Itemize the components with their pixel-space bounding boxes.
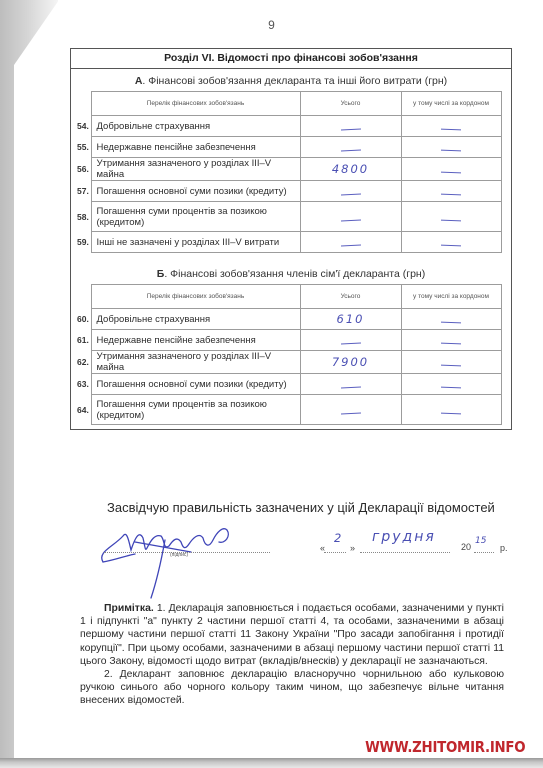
dash-mark (441, 219, 461, 221)
certification-statement: Засвідчую правильність зазначених у цій … (107, 500, 495, 515)
dash-mark (441, 245, 461, 247)
dash-mark (441, 129, 461, 131)
row-number: 58. (71, 202, 91, 232)
row-number: 59. (71, 232, 91, 253)
handwritten-amount: 4800 (332, 162, 369, 176)
row-value-abroad (401, 309, 501, 330)
row-number: 57. (71, 181, 91, 202)
row-value-total (300, 137, 401, 158)
row-label: Погашення суми процентів за позикою (кре… (91, 202, 300, 232)
part-b-title-text: . Фінансові зобов'язання членів сім'ї де… (164, 268, 425, 280)
table-row: 58.Погашення суми процентів за позикою (… (71, 202, 501, 232)
dash-mark (441, 387, 461, 389)
table-row: 56.Утримання зазначеного у розділах III–… (71, 158, 501, 181)
handwritten-amount: 7900 (332, 355, 369, 369)
date-year-suffix: р. (500, 543, 508, 553)
row-value-total: 610 (300, 309, 401, 330)
signature-caption: (підпис) (170, 552, 188, 558)
row-value-total (300, 374, 401, 395)
dash-mark (441, 322, 461, 324)
handwritten-amount: 610 (337, 312, 365, 326)
date-month: грудня (372, 529, 436, 545)
col-header-list: Перелік фінансових зобов'язань (91, 285, 300, 309)
dash-mark (340, 193, 360, 195)
row-number: 55. (71, 137, 91, 158)
row-value-abroad (401, 351, 501, 374)
site-watermark: WWW.ZHITOMIR.INFO (365, 738, 525, 756)
dash-mark (441, 172, 461, 174)
row-value-total (300, 232, 401, 253)
date-year-hand: 15 (475, 536, 486, 546)
row-value-abroad (401, 158, 501, 181)
page-number: 9 (0, 18, 543, 32)
dash-mark (340, 386, 360, 388)
row-value-total (300, 116, 401, 137)
row-label: Утримання зазначеного у розділах III–V м… (91, 351, 300, 374)
row-value-total (300, 202, 401, 232)
row-value-abroad (401, 232, 501, 253)
date-quote-close: » (350, 543, 355, 553)
row-value-total (300, 395, 401, 425)
row-value-abroad (401, 395, 501, 425)
dash-mark (441, 343, 461, 345)
row-number: 62. (71, 351, 91, 374)
row-number: 54. (71, 116, 91, 137)
row-label: Погашення основної суми позики (кредиту) (91, 374, 300, 395)
row-value-abroad (401, 374, 501, 395)
dash-mark (340, 244, 360, 246)
row-value-total: 4800 (300, 158, 401, 181)
dash-mark (441, 412, 461, 414)
part-b-title: Б. Фінансові зобов'язання членів сім'ї д… (71, 268, 511, 280)
row-label: Недержавне пенсійне забезпечення (91, 137, 300, 158)
note-2: 2. Декларант заповнює декларацію власнор… (80, 668, 504, 708)
row-label: Добровільне страхування (91, 116, 300, 137)
row-value-abroad (401, 181, 501, 202)
part-a-table: Перелік фінансових зобов'язань Усього у … (71, 91, 502, 253)
row-label: Добровільне страхування (91, 309, 300, 330)
dash-mark (441, 365, 461, 367)
section-frame: Розділ VI. Відомості про фінансові зобов… (70, 48, 512, 430)
table-row: 59.Інші не зазначені у розділах III–V ви… (71, 232, 501, 253)
row-value-abroad (401, 202, 501, 232)
table-header: Перелік фінансових зобов'язань Усього у … (71, 285, 501, 309)
row-value-total: 7900 (300, 351, 401, 374)
row-label: Утримання зазначеного у розділах III–V м… (91, 158, 300, 181)
date-month-line (360, 552, 450, 553)
date-year-line (474, 552, 494, 553)
dash-mark (441, 150, 461, 152)
row-value-abroad (401, 137, 501, 158)
col-header-abroad: у тому числі за кордоном (401, 92, 501, 116)
section-title: Розділ VI. Відомості про фінансові зобов… (71, 49, 511, 69)
row-label: Інші не зазначені у розділах III–V витра… (91, 232, 300, 253)
table-row: 55.Недержавне пенсійне забезпечення (71, 137, 501, 158)
col-header-total: Усього (300, 92, 401, 116)
row-value-abroad (401, 116, 501, 137)
dash-mark (340, 412, 360, 414)
scan-bottom-edge (0, 758, 543, 768)
date-day-line (324, 552, 346, 553)
note-label: Примітка. (104, 603, 154, 614)
date-year-prefix: 20 (461, 542, 471, 552)
table-row: 62.Утримання зазначеного у розділах III–… (71, 351, 501, 374)
table-row: 57.Погашення основної суми позики (креди… (71, 181, 501, 202)
dash-mark (340, 342, 360, 344)
row-number: 61. (71, 330, 91, 351)
dash-mark (441, 194, 461, 196)
row-value-abroad (401, 330, 501, 351)
date-day: 2 (334, 531, 343, 545)
dash-mark (340, 128, 360, 130)
col-header-total: Усього (300, 285, 401, 309)
dash-mark (340, 219, 360, 221)
col-header-abroad: у тому числі за кордоном (401, 285, 501, 309)
row-label: Недержавне пенсійне забезпечення (91, 330, 300, 351)
row-label: Погашення основної суми позики (кредиту) (91, 181, 300, 202)
note-1: Примітка. 1. Декларація заповнюється і п… (80, 602, 504, 668)
table-row: 61.Недержавне пенсійне забезпечення (71, 330, 501, 351)
row-number: 56. (71, 158, 91, 181)
col-header-list: Перелік фінансових зобов'язань (91, 92, 300, 116)
row-value-total (300, 330, 401, 351)
part-a-title: А. Фінансові зобов'язання декларанта та … (71, 75, 511, 87)
table-header: Перелік фінансових зобов'язань Усього у … (71, 92, 501, 116)
table-row: 63.Погашення основної суми позики (креди… (71, 374, 501, 395)
row-number: 64. (71, 395, 91, 425)
part-a-title-text: . Фінансові зобов'язання декларанта та і… (142, 75, 447, 87)
dash-mark (340, 149, 360, 151)
signature-scribble (95, 522, 245, 602)
row-number: 60. (71, 309, 91, 330)
note-2-text: 2. Декларант заповнює декларацію власнор… (80, 668, 504, 708)
row-label: Погашення суми процентів за позикою (кре… (91, 395, 300, 425)
table-row: 60.Добровільне страхування610 (71, 309, 501, 330)
part-b-table: Перелік фінансових зобов'язань Усього у … (71, 284, 502, 425)
row-number: 63. (71, 374, 91, 395)
table-row: 64.Погашення суми процентів за позикою (… (71, 395, 501, 425)
table-row: 54.Добровільне страхування (71, 116, 501, 137)
row-value-total (300, 181, 401, 202)
